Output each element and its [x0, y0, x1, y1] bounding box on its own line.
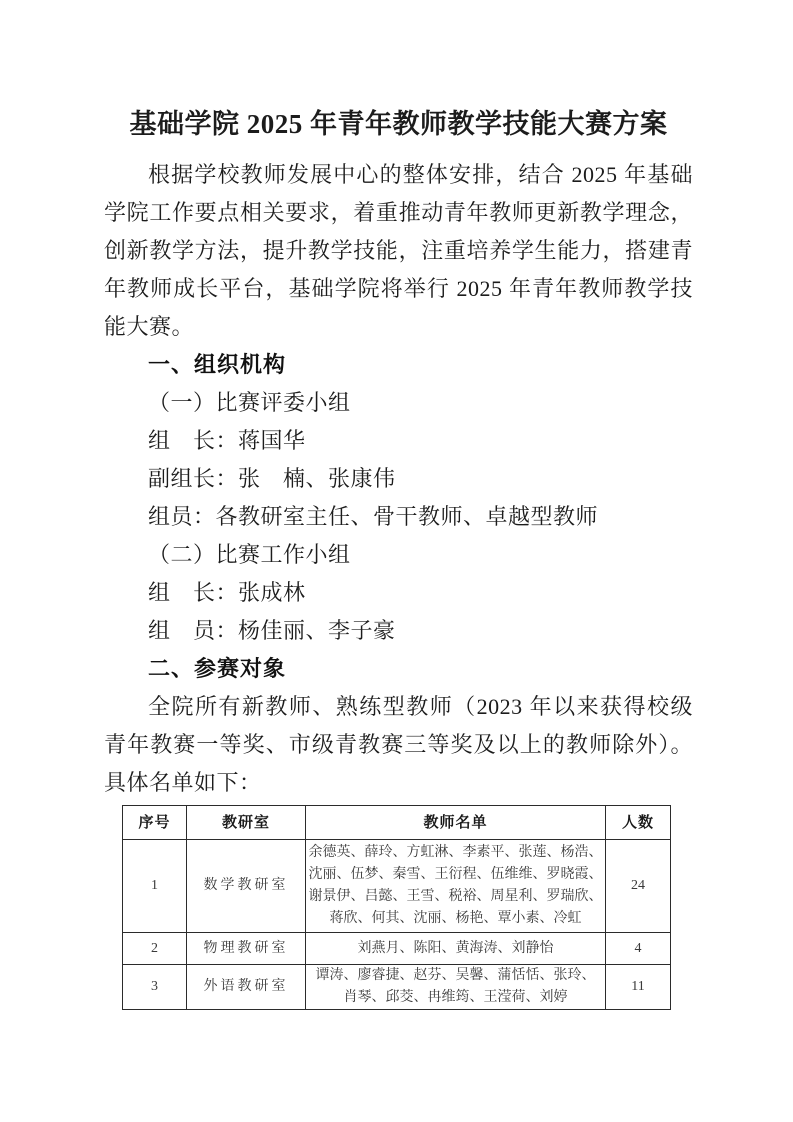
header-count: 人数 [606, 806, 671, 840]
header-serial-number: 序号 [123, 806, 187, 840]
participants-paragraph: 全院所有新教师、熟练型教师（2023 年以来获得校级青年教赛一等奖、市级青教赛三… [104, 688, 693, 802]
row-1-serial: 1 [123, 840, 187, 933]
intro-paragraph: 根据学校教师发展中心的整体安排，结合 2025 年基础学院工作要点相关要求，着重… [104, 156, 693, 346]
participants-table: 序号 教研室 教师名单 人数 1 数学教研室 余德英、薛玲、方虹淋、李素平、张莲… [122, 805, 671, 1010]
section-1-heading: 一、组织机构 [104, 346, 693, 384]
row-1-office: 数学教研室 [187, 840, 306, 933]
row-3-serial: 3 [123, 965, 187, 1010]
jury-deputy-leader-line: 副组长：张 楠、张康伟 [104, 460, 693, 498]
row-1-count: 24 [606, 840, 671, 933]
row-3-count: 11 [606, 965, 671, 1010]
table-header-row: 序号 教研室 教师名单 人数 [123, 806, 671, 840]
section-2-heading: 二、参赛对象 [104, 650, 693, 688]
work-group-subheading: （二）比赛工作小组 [104, 536, 693, 574]
document-page: 基础学院 2025 年青年教师教学技能大赛方案 根据学校教师发展中心的整体安排，… [0, 0, 793, 1122]
table-row-math: 1 数学教研室 余德英、薛玲、方虹淋、李素平、张莲、杨浩、沈丽、伍梦、秦雪、王衍… [123, 840, 671, 933]
row-3-office: 外语教研室 [187, 965, 306, 1010]
row-2-office: 物理教研室 [187, 933, 306, 965]
table-row-physics: 2 物理教研室 刘燕月、陈阳、黄海涛、刘静怡 4 [123, 933, 671, 965]
work-members-line: 组 员：杨佳丽、李子豪 [104, 612, 693, 650]
jury-leader-line: 组 长：蒋国华 [104, 422, 693, 460]
row-2-names: 刘燕月、陈阳、黄海涛、刘静怡 [306, 933, 606, 965]
table-row-foreign-language: 3 外语教研室 谭涛、廖睿捷、赵芬、吴馨、蒲恬恬、张玲、肖琴、邱茭、冉维筠、王滢… [123, 965, 671, 1010]
header-teaching-office: 教研室 [187, 806, 306, 840]
doc-title: 基础学院 2025 年青年教师教学技能大赛方案 [104, 104, 693, 144]
row-3-names: 谭涛、廖睿捷、赵芬、吴馨、蒲恬恬、张玲、肖琴、邱茭、冉维筠、王滢荷、刘婷 [306, 965, 606, 1010]
work-leader-line: 组 长：张成林 [104, 574, 693, 612]
jury-members-line: 组员：各教研室主任、骨干教师、卓越型教师 [104, 498, 693, 536]
row-2-count: 4 [606, 933, 671, 965]
jury-group-subheading: （一）比赛评委小组 [104, 384, 693, 422]
row-2-serial: 2 [123, 933, 187, 965]
header-teacher-list: 教师名单 [306, 806, 606, 840]
row-1-names: 余德英、薛玲、方虹淋、李素平、张莲、杨浩、沈丽、伍梦、秦雪、王衍程、伍维维、罗晓… [306, 840, 606, 933]
